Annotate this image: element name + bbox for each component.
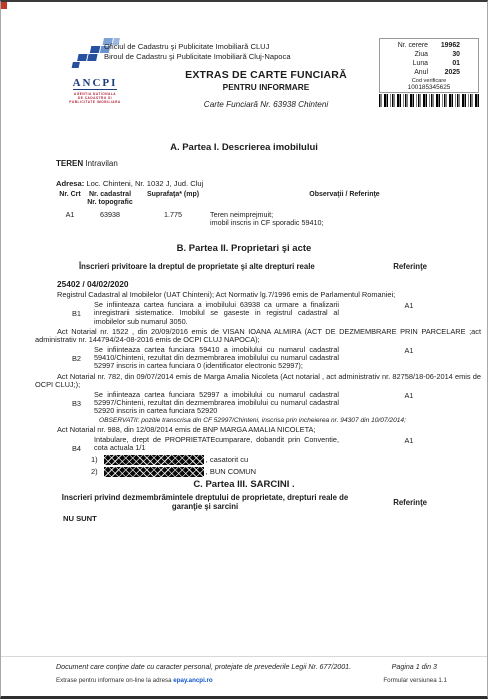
land-type: TEREN — [56, 159, 83, 168]
imobil-table-header: Nr. Crt Nr. cadastral Nr. topografic Sup… — [56, 191, 479, 207]
registry-act-line: Registrul Cadastral al Imobilelor (UAT C… — [35, 291, 481, 300]
header-nr-cadastral: Nr. cadastral Nr. topografic — [84, 191, 136, 207]
document-subtitle: PENTRU INFORMARE — [151, 82, 381, 92]
imobil-table: Nr. Crt Nr. cadastral Nr. topografic Sup… — [56, 191, 479, 227]
office-line-2: Biroul de Cadastru şi Publicitate Imobil… — [104, 52, 291, 62]
carte-funciara-number: Carte Funciară Nr. 63938 Chinteni — [151, 100, 381, 109]
epay-ancpi-link[interactable]: epay.ancpi.ro — [173, 677, 212, 684]
address-label: Adresa: — [56, 179, 84, 188]
entry-b2-text: Se infiinteaza cartea funciara 59410 a i… — [94, 346, 339, 371]
req-value: 01 — [428, 59, 474, 68]
part-b-columns: Înscrieri privitoare la dreptul de propr… — [79, 262, 427, 271]
owner-line-2: 2) , BUN COMUN — [91, 467, 487, 477]
header: ANCPI AGENTIA NATIONALA DE CADASTRU SI P… — [1, 38, 487, 108]
online-info: Extrase pentru informare on-line la adre… — [56, 677, 213, 684]
owner2-index: 2) — [91, 467, 98, 477]
request-row-nr-cerere: Nr. cerere 19962 — [384, 41, 474, 50]
request-info: Nr. cerere 19962 Ziua 30 Luna 01 Anul 20… — [379, 38, 479, 107]
footer-row-2: Extrase pentru informare on-line la adre… — [56, 677, 447, 684]
ancpi-logo-caption: AGENTIA NATIONALA DE CADASTRU SI PUBLICI… — [59, 92, 131, 104]
entry-number: 25402 / 04/02/2020 — [57, 279, 487, 289]
req-value: 2025 — [428, 68, 474, 77]
entry-b4-text: Intabulare, drept de PROPRIETATEcumparar… — [94, 436, 339, 453]
entry-b3-text: Se infiinteaza cartea funciara 52997 a i… — [94, 391, 339, 416]
request-row-anul: Anul 2025 — [384, 68, 474, 77]
part-b-col-left: Înscrieri privitoare la dreptul de propr… — [79, 262, 315, 271]
entry-b2-label: B2 — [59, 346, 94, 371]
part-c-col-left: Inscrieri privind dezmembrămintele drept… — [59, 493, 351, 511]
part-a-heading: A. Partea I. Descrierea imobilului — [1, 142, 487, 153]
logo-caption-line3: PUBLICITATE IMOBILIARA — [59, 100, 131, 104]
privacy-note: Document care conţine date cu caracter p… — [56, 663, 351, 671]
document-title: EXTRAS DE CARTE FUNCIARĂ — [151, 69, 381, 81]
header-nr-crt: Nr. Crt — [56, 191, 84, 207]
entry-b1-ref: A1 — [339, 301, 479, 326]
entry-b3-label: B3 — [59, 391, 94, 416]
address-line: Adresa: Loc. Chinteni, Nr. 1032 J, Jud. … — [56, 179, 487, 188]
cell-observatii: Teren neimprejmuit; imobil inscris in CF… — [210, 211, 479, 227]
office-line-1: Oficiul de Cadastru şi Publicitate Imobi… — [104, 42, 291, 52]
req-label: Nr. cerere — [384, 41, 428, 50]
request-row-luna: Luna 01 — [384, 59, 474, 68]
entry-b1-label: B1 — [59, 301, 94, 326]
cell-nr-crt: A1 — [56, 211, 84, 227]
entry-b2: B2 Se infiinteaza cartea funciara 59410 … — [59, 346, 479, 371]
b3-observatii: OBSERVATII: pozitie transcrisa din CF 52… — [99, 417, 479, 425]
address-value: Loc. Chinteni, Nr. 1032 J, Jud. Cluj — [86, 179, 203, 188]
sarcini-value: NU SUNT — [63, 514, 487, 523]
part-b-heading: B. Partea II. Proprietari şi acte — [1, 243, 487, 254]
part-b-col-referinte: Referinţe — [393, 262, 427, 271]
part-c-heading: C. Partea III. SARCINI . — [1, 479, 487, 490]
part-c-col-referinte: Referinţe — [351, 493, 427, 511]
page-indicator: Pagina 1 din 3 — [392, 663, 437, 671]
table-row: A1 63938 1.775 Teren neimprejmuit; imobi… — [56, 211, 479, 227]
act-notarial-1522: Act Notarial nr. 1522 , din 20/09/2016 e… — [35, 328, 481, 345]
header-observatii: Observaţii / Referinţe — [210, 191, 479, 207]
req-label: Luna — [384, 59, 428, 68]
footer-row-1: Document care conţine date cu caracter p… — [56, 663, 437, 671]
request-box: Nr. cerere 19962 Ziua 30 Luna 01 Anul 20… — [379, 38, 479, 93]
entry-b1-text: Se infiinteaza cartea funciara a imobilu… — [94, 301, 339, 326]
entry-b4-label: B4 — [59, 436, 94, 453]
title-block: EXTRAS DE CARTE FUNCIARĂ PENTRU INFORMAR… — [151, 69, 381, 109]
part-c-columns: Inscrieri privind dezmembrămintele drept… — [59, 493, 427, 511]
header-suprafata: Suprafaţa* (mp) — [136, 191, 210, 207]
owner-line-1: 1) , casatorit cu — [91, 455, 487, 465]
redacted-name-2 — [104, 467, 204, 477]
entry-b4: B4 Intabulare, drept de PROPRIETATEcumpa… — [59, 436, 479, 453]
act-notarial-782: Act Notarial nr. 782, din 09/07/2014 emi… — [35, 373, 481, 390]
entry-b1: B1 Se infiinteaza cartea funciara a imob… — [59, 301, 479, 326]
cell-nr-cadastral: 63938 — [84, 211, 136, 227]
entry-b2-ref: A1 — [339, 346, 479, 371]
owner2-suffix: , BUN COMUN — [206, 467, 256, 477]
req-value: 30 — [428, 50, 474, 59]
observatii-line2: imobil inscris in CF sporadic 59410; — [210, 219, 479, 227]
entry-b3-ref: A1 — [339, 391, 479, 416]
redacted-name-1 — [104, 455, 204, 465]
req-value: 19962 — [428, 41, 474, 50]
office-lines: Oficiul de Cadastru şi Publicitate Imobi… — [104, 42, 291, 61]
owner1-suffix: , casatorit cu — [206, 455, 249, 465]
footer-separator — [1, 656, 487, 657]
form-version: Formular versiunea 1.1 — [383, 677, 447, 684]
barcode — [379, 94, 479, 107]
entry-b4-ref: A1 — [339, 436, 479, 453]
req-label: Ziua — [384, 50, 428, 59]
red-corner-mark — [1, 2, 7, 9]
cell-suprafata: 1.775 — [136, 211, 210, 227]
land-subtype: Intravilan — [85, 159, 117, 168]
footer: Document care conţine date cu caracter p… — [1, 656, 487, 696]
entry-b3: B3 Se infiinteaza cartea funciara 52997 … — [59, 391, 479, 416]
extras-carte-funciara-page: ANCPI AGENTIA NATIONALA DE CADASTRU SI P… — [0, 0, 488, 699]
act-notarial-988: Act Notarial nr. 988, din 12/08/2014 emi… — [35, 426, 481, 435]
land-type-line: TEREN Intravilan — [56, 159, 487, 168]
verification-code-value: 100185345625 — [384, 84, 474, 91]
ancpi-logo-text: ANCPI — [73, 77, 118, 90]
request-row-ziua: Ziua 30 — [384, 50, 474, 59]
owner1-index: 1) — [91, 455, 98, 465]
online-info-text: Extrase pentru informare on-line la adre… — [56, 677, 173, 684]
req-label: Anul — [384, 68, 428, 77]
